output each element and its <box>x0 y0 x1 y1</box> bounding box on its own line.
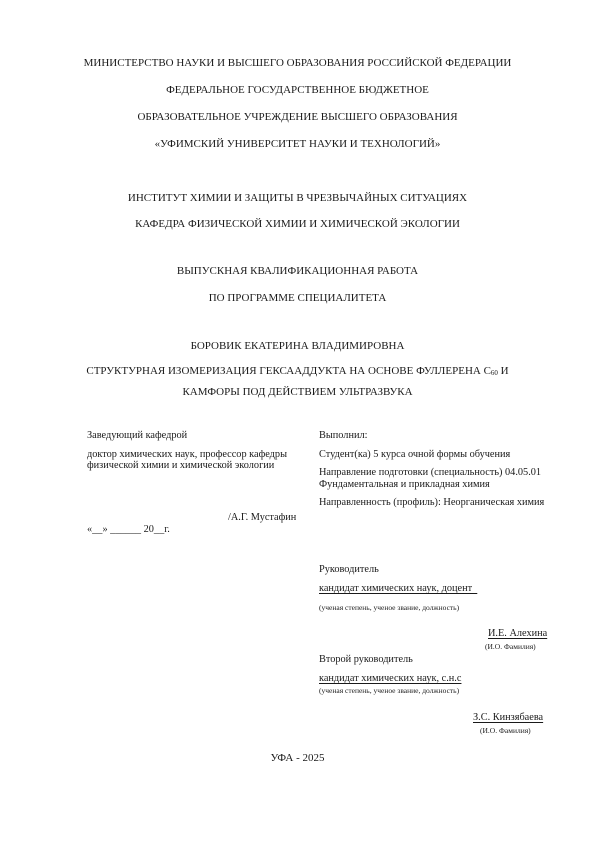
chair-name: КАФЕДРА ФИЗИЧЕСКОЙ ХИМИИ И ХИМИЧЕСКОЙ ЭК… <box>0 218 595 231</box>
thesis-title-line-1: СТРУКТУРНАЯ ИЗОМЕРИЗАЦИЯ ГЕКСААДДУКТА НА… <box>0 365 595 379</box>
second-supervisor-label: Второй руководитель <box>319 654 413 665</box>
supervisor-label: Руководитель <box>319 564 379 575</box>
second-supervisor-credentials-hint: (ученая степень, ученое звание, должност… <box>319 686 459 695</box>
author-name: БОРОВИК ЕКАТЕРИНА ВЛАДИМИРОВНА <box>0 340 595 353</box>
second-supervisor-name: З.С. Кинзябаева <box>473 712 543 723</box>
head-of-department-block: Заведующий кафедрой доктор химических на… <box>87 430 307 479</box>
city-year: УФА - 2025 <box>0 752 595 765</box>
student-info-block: Выполнил: Студент(ка) 5 курса очной форм… <box>319 430 559 516</box>
study-profile: Направленность (профиль): Неорганическая… <box>319 497 554 509</box>
second-supervisor-credentials: кандидат химических наук, с.н.с <box>319 673 461 684</box>
work-type-line-2: ПО ПРОГРАММЕ СПЕЦИАЛИТЕТА <box>0 292 595 305</box>
institute-name: ИНСТИТУТ ХИМИИ И ЗАЩИТЫ В ЧРЕЗВЫЧАЙНЫХ С… <box>0 192 595 205</box>
head-signature: /А.Г. Мустафин <box>228 512 296 523</box>
supervisor-credentials: кандидат химических наук, доцент <box>319 583 477 594</box>
institution-line-1: ФЕДЕРАЛЬНОЕ ГОСУДАРСТВЕННОЕ БЮДЖЕТНОЕ <box>0 84 595 97</box>
student-course: Студент(ка) 5 курса очной формы обучения <box>319 449 559 461</box>
university-name: «УФИМСКИЙ УНИВЕРСИТЕТ НАУКИ И ТЕХНОЛОГИЙ… <box>0 138 595 151</box>
title-page: МИНИСТЕРСТВО НАУКИ И ВЫСШЕГО ОБРАЗОВАНИЯ… <box>0 0 595 841</box>
work-type-line-1: ВЫПУСКНАЯ КВАЛИФИКАЦИОННАЯ РАБОТА <box>0 265 595 278</box>
head-role: Заведующий кафедрой <box>87 430 307 442</box>
ministry-heading: МИНИСТЕРСТВО НАУКИ И ВЫСШЕГО ОБРАЗОВАНИЯ… <box>0 57 595 70</box>
performed-by-label: Выполнил: <box>319 430 559 442</box>
second-supervisor-name-hint: (И.О. Фамилия) <box>480 726 531 735</box>
approval-date: «__» ______ 20__г. <box>87 524 170 535</box>
institution-line-2: ОБРАЗОВАТЕЛЬНОЕ УЧРЕЖДЕНИЕ ВЫСШЕГО ОБРАЗ… <box>0 111 595 124</box>
thesis-title-line-2: КАМФОРЫ ПОД ДЕЙСТВИЕМ УЛЬТРАЗВУКА <box>0 386 595 399</box>
supervisor-name: И.Е. Алехина <box>488 628 547 639</box>
supervisor-name-hint: (И.О. Фамилия) <box>485 642 536 651</box>
supervisor-credentials-hint: (ученая степень, ученое звание, должност… <box>319 603 459 612</box>
study-direction: Направление подготовки (специальность) 0… <box>319 467 547 490</box>
head-credentials: доктор химических наук, профессор кафедр… <box>87 449 302 472</box>
subscript-60: 60 <box>491 369 498 377</box>
